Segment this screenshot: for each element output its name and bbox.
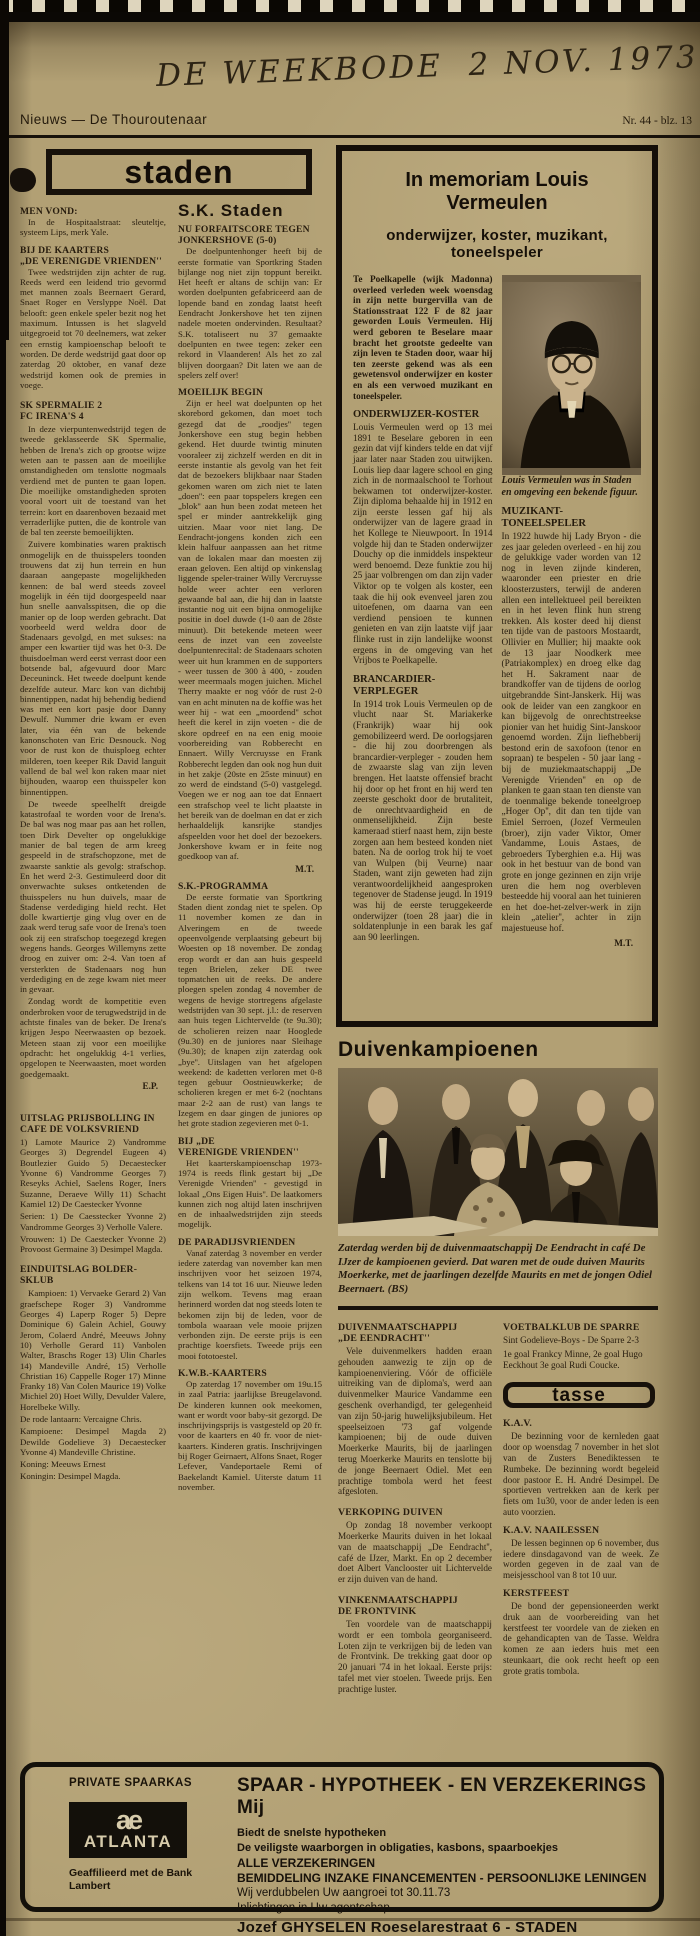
masthead-title: Nieuws — De Thouroutenaar (20, 112, 207, 127)
article-heading: UITSLAG PRIJSBOLLING IN (20, 1113, 166, 1124)
duiven-photo-caption: Zaterdag werden bij de duivenmaatschappi… (338, 1242, 660, 1296)
memoriam-column-right: Louis Vermeulen was in Staden en omgevin… (502, 275, 642, 948)
portrait-photo-louis-vermeulen (502, 275, 642, 475)
duiven-column-right: VOETBALKLUB DE SPARRE Sint Godelieve-Boy… (503, 1322, 659, 1684)
memoriam-subtitle: onderwijzer, koster, muzikant, toneelspe… (353, 227, 641, 261)
article-heading: FC IRENA'S 4 (20, 411, 166, 422)
article-heading: K.W.B.-KAARTERS (178, 1368, 322, 1379)
article-kav: K.A.V. De bezinning voor de kernleden ga… (503, 1418, 659, 1517)
article-paragraph: Vrouwen: 1) De Caestecker Yvonne 2) Prov… (20, 1234, 166, 1255)
article-paragraph: Op zondag 18 november verkoopt Moerkerke… (338, 1520, 492, 1585)
article-heading: DE PARADIJSVRIENDEN (178, 1237, 322, 1248)
ad-title: SPAAR - HYPOTHEEK - EN VERZEKERINGS Mij (237, 1775, 657, 1819)
ad-line: ALLE VERZEKERINGEN (237, 1856, 657, 1871)
article-heading: KERSTFEEST (503, 1588, 659, 1599)
memoriam-heading: BRANCARDIER-VERPLEGER (353, 674, 493, 698)
article-paragraph: Koningin: Desimpel Magda. (20, 1471, 166, 1481)
ad-line: De veiligste waarborgen in obligaties, k… (237, 1841, 657, 1856)
masthead: Nieuws — De Thouroutenaar Nr. 44 - blz. … (20, 112, 692, 127)
article-kerstfeest: KERSTFEEST De bond der gepensioneerden w… (503, 1588, 659, 1677)
paper-crease (6, 1918, 700, 1921)
column-left: MEN VOND: In de Hospitaalstraat: sleutel… (20, 206, 166, 1489)
article-vinkenmaatschappij: VINKENMAATSCHAPPIJ DE FRONTVINK Ten voor… (338, 1595, 492, 1695)
article-verenigde-vrienden: BIJ „DE VERENIGDE VRIENDEN'' Het kaarter… (178, 1136, 322, 1230)
ad-agent-address: Jozef GHYSELEN Roeselarestraat 6 - STADE… (237, 1919, 657, 1936)
article-heading: SKLUB (20, 1275, 166, 1286)
atlanta-logo-name: ATLANTA (84, 1832, 172, 1852)
article-duivenmaatschappij: DUIVENMAATSCHAPPIJ „DE EENDRACHT'' Vele … (338, 1322, 492, 1497)
article-paragraph: Zijn er heel wat doelpunten op het skore… (178, 398, 322, 861)
ad-line: BEMIDDELING INZAKE FINANCEMENTEN - PERSO… (237, 1871, 657, 1886)
sk-staden-title: S.K. Staden (178, 206, 322, 216)
duiven-column-left: DUIVENMAATSCHAPPIJ „DE EENDRACHT'' Vele … (338, 1322, 492, 1702)
article-heading: K.A.V. (503, 1418, 659, 1429)
article-paragraph: Op zaterdag 17 november om 19u.15 in zaa… (178, 1379, 322, 1492)
newspaper-paper: DE WEEKBODE 2 NOV. 1973 Nieuws — De Thou… (6, 22, 700, 1936)
in-memoriam-box: In memoriam Louis Vermeulen onderwijzer,… (336, 145, 658, 1027)
article-paragraph: De bond der gepensioneerden werkt druk a… (503, 1601, 659, 1677)
section-box-staden-label: staden (124, 156, 233, 188)
article-paradijsvrienden: DE PARADIJSVRIENDEN Vanaf zaterdag 3 nov… (178, 1237, 322, 1361)
article-paragraph: Kampioene: Desimpel Magda 2) Dewilde God… (20, 1426, 166, 1457)
article-signoff: E.P. (20, 1081, 158, 1091)
article-paragraph: In de Hospitaalstraat: sleuteltje, syste… (20, 217, 166, 238)
memoriam-heading: ONDERWIJZER-KOSTER (353, 409, 493, 421)
article-heading: MOEILIJK BEGIN (178, 387, 322, 398)
section-box-staden: staden (46, 149, 312, 195)
ink-blob (10, 168, 36, 192)
article-paragraph: Vele duivenmelkers hadden eraan gehouden… (338, 1346, 492, 1497)
article-heading: MEN VOND: (20, 206, 166, 217)
scan-dark-edge (0, 0, 9, 340)
article-moeilijk-begin: MOEILIJK BEGIN Zijn er heel wat doelpunt… (178, 387, 322, 874)
memoriam-column-left: Te Poelkapelle (wijk Madonna) overleed v… (353, 275, 493, 948)
article-heading: VOETBALKLUB DE SPARRE (503, 1322, 659, 1333)
ad-left-panel: PRIVATE SPAARKAS ae ATLANTA Geaffilieerd… (69, 1777, 234, 1892)
article-paragraph: De eerste formatie van Sportkring Staden… (178, 892, 322, 1129)
article-paragraph: In deze vierpuntenwedstrijd tegen de twe… (20, 424, 166, 537)
memoriam-intro: Te Poelkapelle (wijk Madonna) overleed v… (353, 275, 493, 402)
article-heading: NU FORFAITSCORE TEGEN (178, 224, 322, 235)
article-heading: „DE VERENIGDE VRIENDEN'' (20, 256, 166, 267)
atlanta-logo-ae: ae (116, 1809, 140, 1832)
article-heading: „DE EENDRACHT'' (338, 1333, 492, 1344)
article-verkoping-duiven: VERKOPING DUIVEN Op zondag 18 november v… (338, 1507, 492, 1585)
article-paragraph: Serien: 1) De Caesstecker Yvonne 2) Vand… (20, 1211, 166, 1232)
article-heading: DE FRONTVINK (338, 1606, 492, 1617)
article-kwb-kaarters: K.W.B.-KAARTERS Op zaterdag 17 november … (178, 1368, 322, 1492)
article-voetbalklub-de-sparre: VOETBALKLUB DE SPARRE Sint Godelieve-Boy… (503, 1322, 659, 1370)
article-heading: K.A.V. NAAILESSEN (503, 1525, 659, 1536)
newspaper-page: DE WEEKBODE 2 NOV. 1973 Nieuws — De Thou… (0, 0, 700, 1936)
masthead-rule (6, 135, 700, 138)
article-heading: VERKOPING DUIVEN (338, 1507, 492, 1518)
article-heading: SK SPERMALIE 2 (20, 400, 166, 411)
article-paragraph: De bezinning voor de kernleden gaat door… (503, 1431, 659, 1517)
article-heading: CAFE DE VOLKSVRIEND (20, 1124, 166, 1135)
article-paragraph: Sint Godelieve-Boys - De Sparre 2-3 (503, 1335, 659, 1346)
article-paragraph: De lessen beginnen op 6 november, dus ie… (503, 1538, 659, 1581)
article-paragraph: Ten voordele van de maatschappij wordt e… (338, 1619, 492, 1695)
article-paragraph: Kampioen: 1) Vervaeke Gerard 2) Van grae… (20, 1288, 166, 1412)
film-edge-perforations (0, 0, 700, 12)
handwritten-date-note: DE WEEKBODE 2 NOV. 1973 (156, 42, 617, 94)
section-box-tasse: tasse (503, 1382, 655, 1408)
memoriam-paragraph: In 1914 trok Louis Vermeulen op de vluch… (353, 700, 493, 944)
article-men-vond: MEN VOND: In de Hospitaalstraat: sleutel… (20, 206, 166, 238)
duiven-group-photo (338, 1068, 658, 1236)
article-heading: BIJ DE KAARTERS (20, 245, 166, 256)
ad-right-panel: SPAAR - HYPOTHEEK - EN VERZEKERINGS Mij … (237, 1775, 657, 1936)
article-sk-programma: S.K.-PROGRAMMA De eerste formatie van Sp… (178, 881, 322, 1129)
article-heading: EINDUITSLAG BOLDER- (20, 1264, 166, 1275)
atlanta-logo: ae ATLANTA (69, 1802, 187, 1858)
article-heading: S.K.-PROGRAMMA (178, 881, 322, 892)
article-signoff: M.T. (178, 864, 314, 874)
ad-private-spaarkas: PRIVATE SPAARKAS (69, 1777, 234, 1789)
memoriam-heading: MUZIKANT-TONEELSPELER (502, 506, 642, 530)
memoriam-paragraph: In 1922 huwde hij Lady Bryon - die zes j… (502, 532, 642, 935)
article-paragraph: Twee wedstrijden zijn achter de rug. Ree… (20, 267, 166, 391)
article-uitslag-prijsbolling: UITSLAG PRIJSBOLLING IN CAFE DE VOLKSVRI… (20, 1113, 166, 1254)
article-kav-naailessen: K.A.V. NAAILESSEN De lessen beginnen op … (503, 1525, 659, 1581)
article-bij-de-kaarters: BIJ DE KAARTERS „DE VERENIGDE VRIENDEN''… (20, 245, 166, 391)
ad-line: Wij verdubbelen Uw aangroei tot 30.11.73 (237, 1886, 657, 1901)
article-heading: VERENIGDE VRIENDEN'' (178, 1147, 322, 1158)
article-heading: DUIVENMAATSCHAPPIJ (338, 1322, 492, 1333)
memoriam-title: In memoriam Louis Vermeulen (353, 169, 641, 215)
ad-line: Inlichtingen in Uw agentschap (237, 1901, 657, 1916)
duiven-headline: Duivenkampioenen (338, 1038, 539, 1062)
duiven-divider-rule (338, 1306, 658, 1310)
ad-affiliation: Geaffilieerd met de Bank Lambert (69, 1867, 219, 1892)
atlanta-advertisement: PRIVATE SPAARKAS ae ATLANTA Geaffilieerd… (20, 1762, 664, 1912)
article-heading: VINKENMAATSCHAPPIJ (338, 1595, 492, 1606)
article-paragraph: De tweede speelhelft dreigde katastrofaa… (20, 799, 166, 995)
article-heading: BIJ „DE (178, 1136, 322, 1147)
portrait-caption: Louis Vermeulen was in Staden en omgevin… (502, 475, 642, 499)
article-heading: JONKERSHOVE (5-0) (178, 235, 322, 246)
article-paragraph: Koning: Meeuws Ernest (20, 1459, 166, 1469)
article-paragraph: De rode lantaarn: Vercaigne Chris. (20, 1414, 166, 1424)
article-paragraph: 1e goal Frankcy Minne, 2e goal Hugo Eeck… (503, 1349, 659, 1371)
memoriam-columns: Te Poelkapelle (wijk Madonna) overleed v… (353, 275, 641, 948)
memoriam-signoff: M.T. (502, 938, 634, 949)
page-number: Nr. 44 - blz. 13 (622, 115, 692, 127)
section-box-tasse-label: tasse (552, 1386, 606, 1405)
memoriam-paragraph: Louis Vermeulen werd op 13 mei 1891 te B… (353, 423, 493, 667)
article-paragraph: De doelpuntenhonger heeft bij de eerste … (178, 246, 322, 380)
article-paragraph: 1) Lamote Maurice 2) Vandromme Georges 3… (20, 1137, 166, 1209)
article-sk-spermalie: SK SPERMALIE 2 FC IRENA'S 4 In deze vier… (20, 400, 166, 1091)
article-paragraph: Zondag wordt de kompetitie even onderbro… (20, 996, 166, 1078)
article-paragraph: Het kaarterskampioenschap 1973-1974 is r… (178, 1158, 322, 1230)
article-einduitslag-boldersklub: EINDUITSLAG BOLDER- SKLUB Kampioen: 1) V… (20, 1264, 166, 1481)
article-forfaitscore: NU FORFAITSCORE TEGEN JONKERSHOVE (5-0) … (178, 224, 322, 380)
article-paragraph: Vanaf zaterdag 3 november en verder iede… (178, 1248, 322, 1361)
column-middle: S.K. Staden NU FORFAITSCORE TEGEN JONKER… (178, 206, 322, 1499)
ad-line: Biedt de snelste hypotheken (237, 1826, 657, 1841)
article-paragraph: Zuivere kombinaties waren praktisch onmo… (20, 539, 166, 796)
